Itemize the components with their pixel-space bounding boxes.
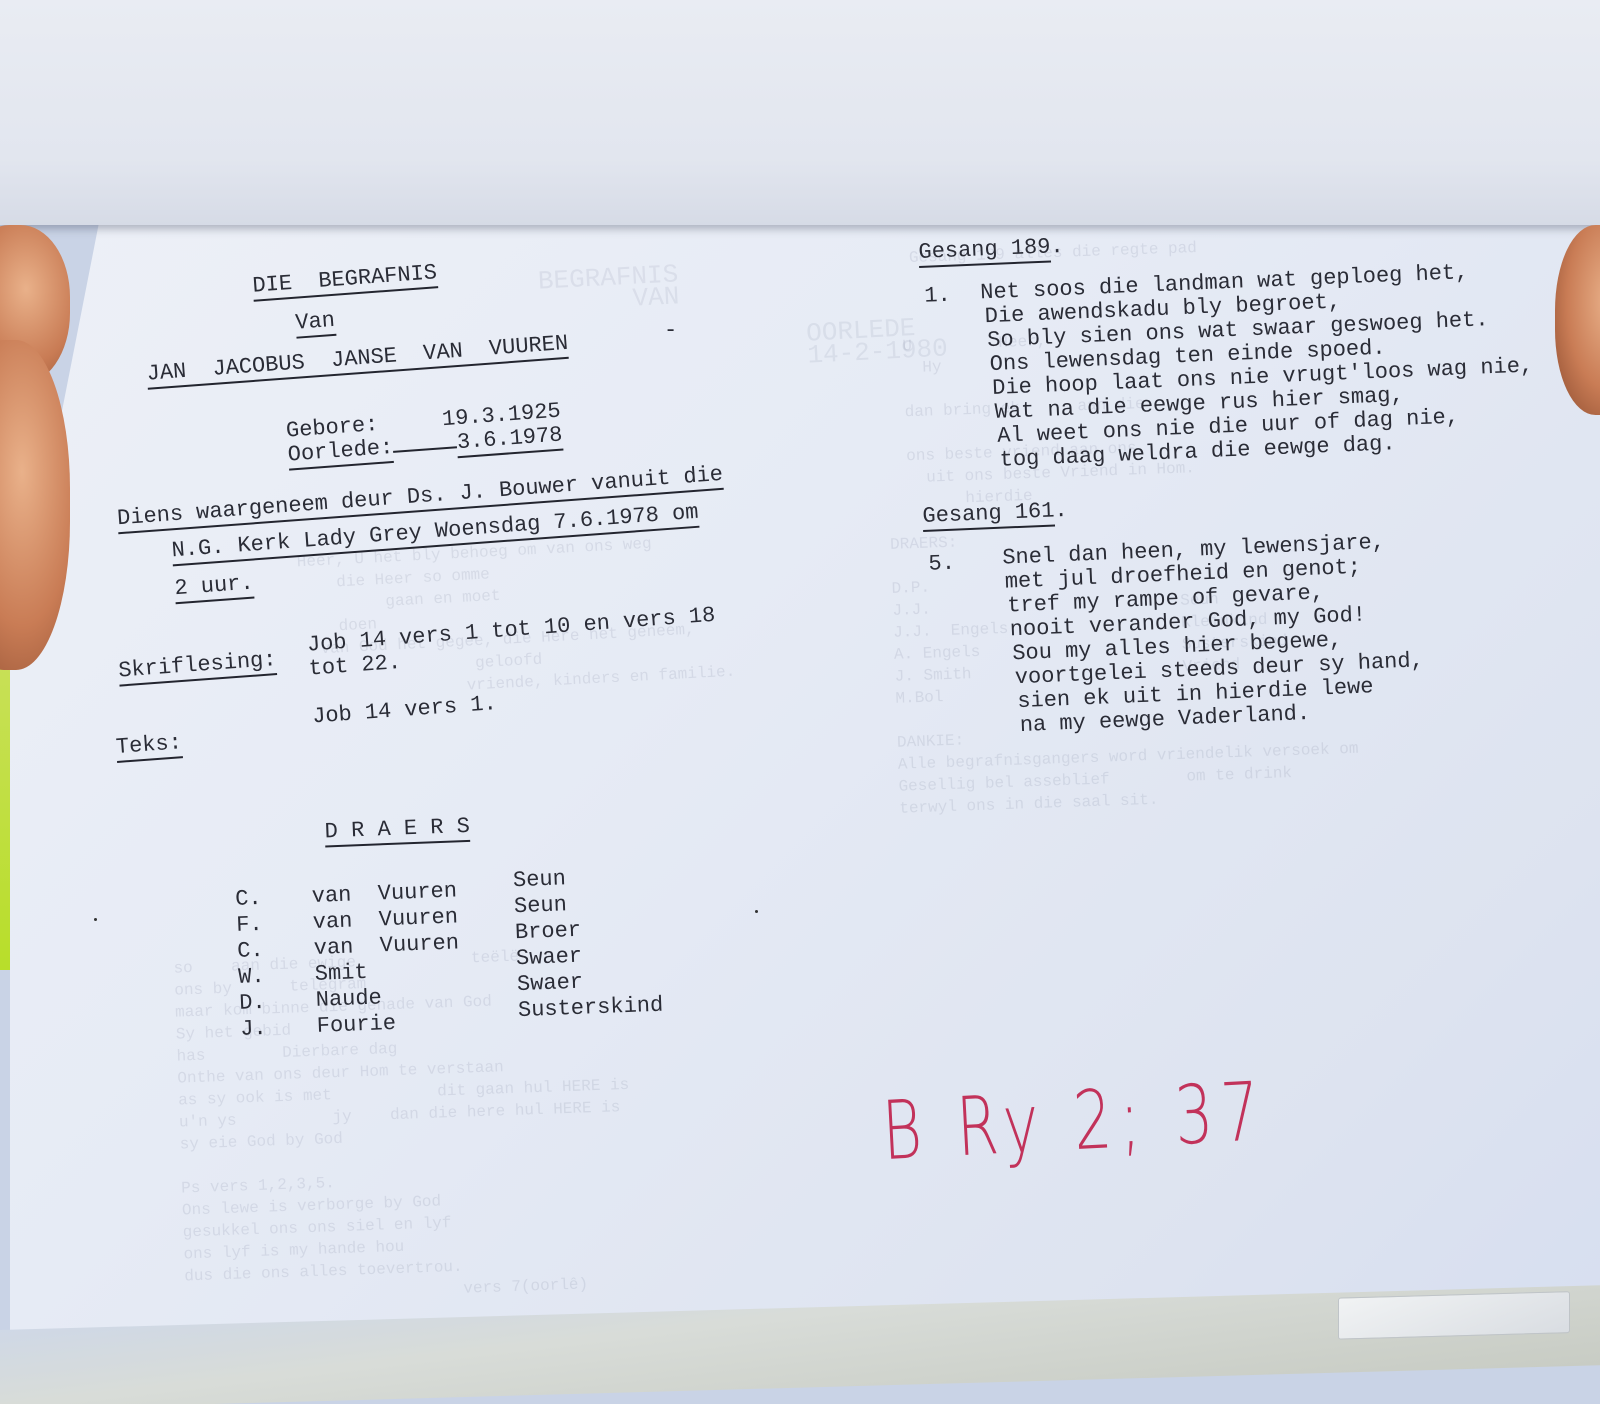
died-date: 3.6.1978 (456, 423, 563, 459)
hymn-189-title: Gesang 189 (918, 234, 1051, 268)
service-line-3: 2 uur. (174, 571, 255, 605)
hymn-161-lines: Snel dan heen, my lewensjare,met jul dro… (1002, 529, 1426, 738)
title-of: Van (295, 308, 337, 339)
bearer-initial: J. (240, 1014, 318, 1043)
bearer-initial: D. (239, 988, 317, 1017)
folded-top-sheet (0, 0, 1600, 225)
hymn-189-lines: Net soos die landman wat geploeg het,Die… (980, 258, 1537, 473)
tape-strip (1338, 1291, 1570, 1339)
text-value: Job 14 vers 1. (311, 691, 497, 729)
hymn-161-verse-number: 5. (928, 551, 955, 577)
handwritten-note: B Ry 2; 37 (880, 1065, 1270, 1180)
bearer-initial: C. (237, 936, 315, 965)
bearer-initial: F. (236, 910, 314, 939)
stray-dash: - (664, 318, 677, 343)
text-label: Teks: (115, 730, 183, 763)
bearers-table: C.van VuurenSeunF.van VuurenSeunC.van Vu… (235, 869, 711, 1043)
hymn-189: Gesang 189. 1. Net soos die landman wat … (918, 212, 1587, 469)
reading-line-1: Job 14 vers 1 tot 10 en vers 18 (306, 603, 716, 658)
hymn-161: Gesang 161. 5. Snel dan heen, my lewensj… (922, 479, 1532, 764)
bearers-title: D R A E R S (324, 814, 470, 848)
bearer-initial: C. (235, 884, 313, 913)
hymn-161-title: Gesang 161 (922, 498, 1055, 532)
hymn-189-verse-number: 1. (924, 283, 951, 309)
ink-speck (755, 910, 758, 913)
bearer-initial: W. (238, 962, 316, 991)
reading-line-2: tot 22. (308, 650, 402, 682)
died-label: Oorlede: (287, 435, 394, 471)
ink-speck (94, 918, 97, 921)
